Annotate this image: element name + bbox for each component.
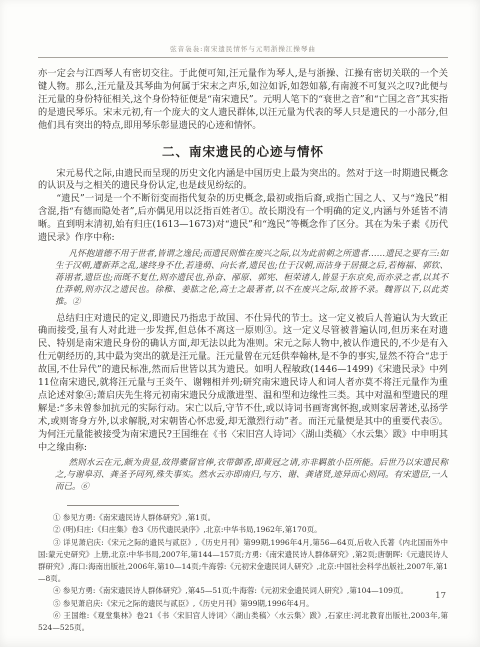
header-rule <box>38 57 448 58</box>
footnote-item-6: ⑥ 王国维:《观堂集林》卷21《书〈宋旧宫人诗词〉〈湖山类稿〉〈水云集〉跋》,石… <box>38 610 448 634</box>
footnote-item-3: ③ 详见萧启庆:《宋元之际的遗民与贰臣》,《历史月刊》第99期,1996年4月,… <box>38 537 448 586</box>
body-paragraph-overview: 宋元易代之际,由遗民而呈现的历史文化内涵是中国历史上最为突出的。然对于这一时期遗… <box>38 168 448 194</box>
block-quote-guizhuang: 凡怀抱道德不用于世者,皆谓之逸民;而遗民则惟在废兴之际,以为此前朝之所遗者……遗… <box>55 249 448 309</box>
body-paragraph-concept: “遗民”一词是一个不断衍变而指代复杂的历史概念,最初或指后裔,或指亡国之人、又与… <box>38 193 448 245</box>
section-heading: 二、南宋遗民的心迹与情怀 <box>38 142 448 160</box>
footnote-item-4: ④ 参见方勇:《南宋遗民诗人群体研究》,第45—51页;牛海蓉:《元初宋金遗民词… <box>38 585 448 597</box>
footnote-item-1: ① 参见方勇:《南宋遗民诗人群体研究》,第1页。 <box>38 512 448 524</box>
running-header-title: 弦音袅袅:南宋遗民情怀与元明浙操江操琴曲 <box>38 44 448 53</box>
footnote-item-2: ② (明)归庄:《归庄集》卷3《历代遗民录序》,北京:中华书局,1962年,第1… <box>38 524 448 536</box>
body-paragraph-identity: 总结归庄对遗民的定义,即遗民乃指忠于故国、不仕异代的节士。这一定义被后人普遍认为… <box>38 313 448 455</box>
footnote-separator <box>67 505 179 506</box>
page-body: 亦一定会与江西琴人有密切交往。于此便可知,汪元量作为琴人,是与浙操、江操有密切关… <box>38 68 448 494</box>
footnote-item-5: ⑤ 参见萧启庆:《宋元之际的遗民与贰臣》,《历史月刊》第99期,1996年4月。 <box>38 598 448 610</box>
document-page: 弦音袅袅:南宋遗民情怀与元明浙操江操琴曲 亦一定会与江西琴人有密切交往。于此便可… <box>0 0 480 647</box>
page-header: 弦音袅袅:南宋遗民情怀与元明浙操江操琴曲 <box>38 44 448 58</box>
page-number: 17 <box>435 591 446 601</box>
body-paragraph-continuation: 亦一定会与江西琴人有密切交往。于此便可知,汪元量作为琴人,是与浙操、江操有密切关… <box>38 68 448 133</box>
block-quote-wangguowei: 然则水云在元,颇为贵显,故得橐留官俸,衣带御香,即黄冠之请,亦非羁旅小臣所能。后… <box>55 458 448 494</box>
footnotes-section: ① 参见方勇:《南宋遗民诗人群体研究》,第1页。 ② (明)归庄:《归庄集》卷3… <box>38 505 448 634</box>
